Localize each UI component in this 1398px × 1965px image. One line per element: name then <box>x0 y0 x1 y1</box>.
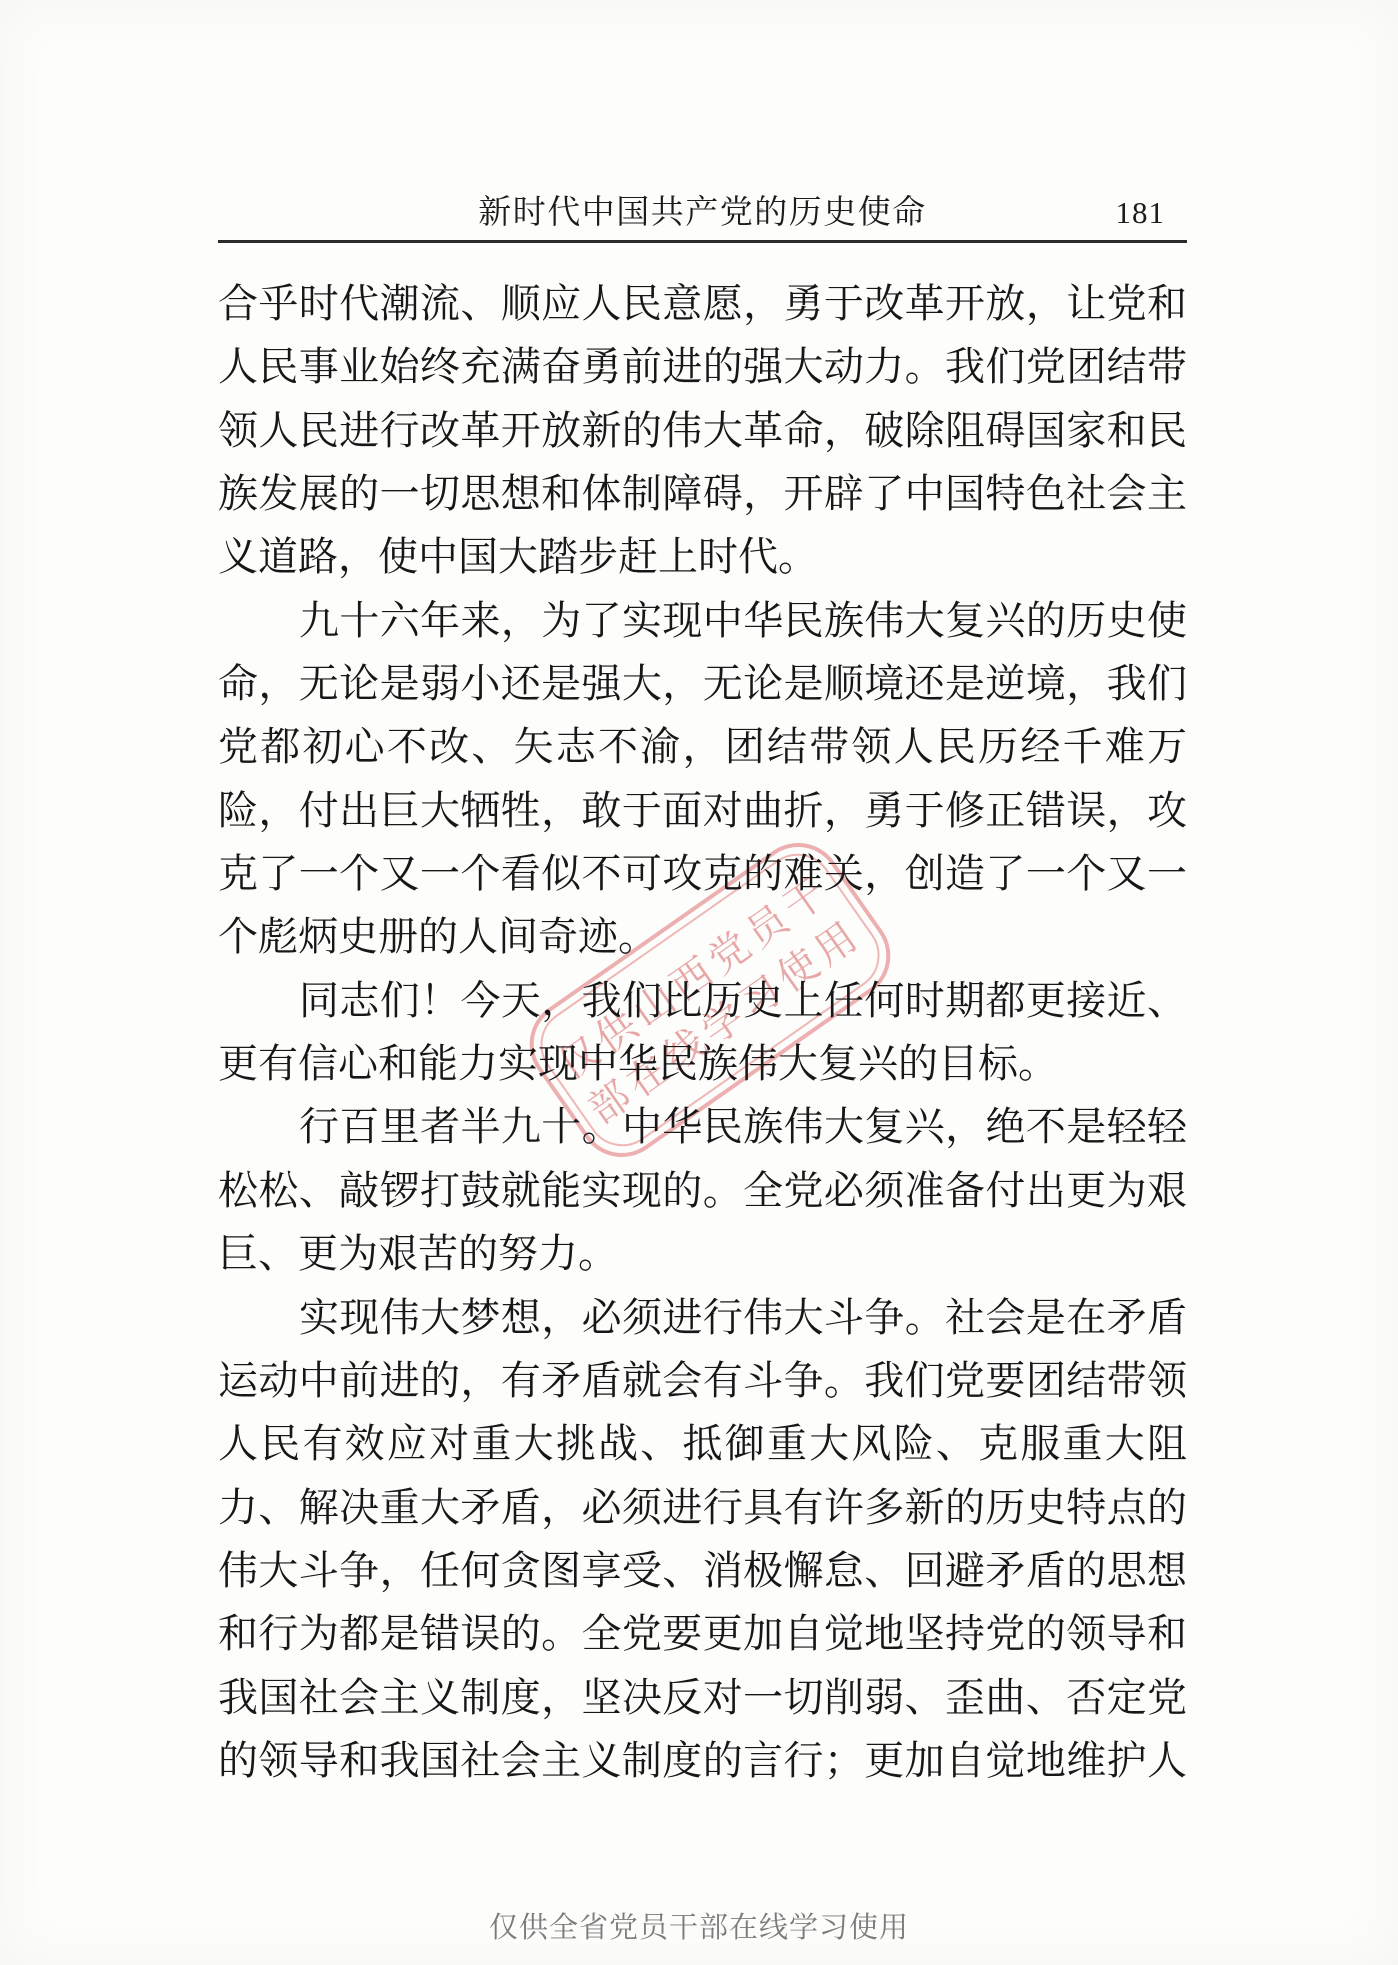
footer-usage-notice: 仅供全省党员干部在线学习使用 <box>0 1908 1398 1948</box>
text-line: 义道路，使中国大踏步赶上时代。 <box>218 525 1187 588</box>
text-line: 个彪炳史册的人间奇迹。 <box>218 905 1187 968</box>
text-line: 人民事业始终充满奋勇前进的强大动力。我们党团结带 <box>218 335 1187 398</box>
page-number: 181 <box>1116 190 1166 236</box>
header-rule <box>218 240 1187 243</box>
text-line: 和行为都是错误的。全党要更加自觉地坚持党的领导和 <box>218 1602 1187 1665</box>
text-line: 领人民进行改革开放新的伟大革命，破除阻碍国家和民 <box>218 399 1187 462</box>
body-text: 合乎时代潮流、顺应人民意愿，勇于改革开放，让党和人民事业始终充满奋勇前进的强大动… <box>218 272 1187 1792</box>
text-line: 的领导和我国社会主义制度的言行；更加自觉地维护人 <box>218 1729 1187 1792</box>
text-line: 我国社会主义制度，坚决反对一切削弱、歪曲、否定党 <box>218 1666 1187 1729</box>
text-line: 同志们！今天，我们比历史上任何时期都更接近、 <box>218 969 1187 1032</box>
text-line: 运动中前进的，有矛盾就会有斗争。我们党要团结带领 <box>218 1349 1187 1412</box>
text-line: 合乎时代潮流、顺应人民意愿，勇于改革开放，让党和 <box>218 272 1187 335</box>
text-line: 力、解决重大矛盾，必须进行具有许多新的历史特点的 <box>218 1476 1187 1539</box>
text-line: 九十六年来，为了实现中华民族伟大复兴的历史使 <box>218 589 1187 652</box>
text-line: 伟大斗争，任何贪图享受、消极懈怠、回避矛盾的思想 <box>218 1539 1187 1602</box>
chapter-title: 新时代中国共产党的历史使命 <box>218 190 1187 236</box>
text-line: 险，付出巨大牺牲，敢于面对曲折，勇于修正错误，攻 <box>218 779 1187 842</box>
text-line: 命，无论是弱小还是强大，无论是顺境还是逆境，我们 <box>218 652 1187 715</box>
text-line: 松松、敲锣打鼓就能实现的。全党必须准备付出更为艰 <box>218 1159 1187 1222</box>
text-line: 实现伟大梦想，必须进行伟大斗争。社会是在矛盾 <box>218 1286 1187 1349</box>
text-line: 更有信心和能力实现中华民族伟大复兴的目标。 <box>218 1032 1187 1095</box>
text-line: 巨、更为艰苦的努力。 <box>218 1222 1187 1285</box>
text-line: 党都初心不改、矢志不渝，团结带领人民历经千难万 <box>218 715 1187 778</box>
text-line: 克了一个又一个看似不可攻克的难关，创造了一个又一 <box>218 842 1187 905</box>
text-line: 行百里者半九十。中华民族伟大复兴，绝不是轻轻 <box>218 1095 1187 1158</box>
running-header: 新时代中国共产党的历史使命 181 <box>218 190 1187 236</box>
text-line: 族发展的一切思想和体制障碍，开辟了中国特色社会主 <box>218 462 1187 525</box>
scanned-book-page: 新时代中国共产党的历史使命 181 仅供山西党员干 部在线学习使用 合乎时代潮流… <box>0 0 1398 1965</box>
text-line: 人民有效应对重大挑战、抵御重大风险、克服重大阻 <box>218 1412 1187 1475</box>
